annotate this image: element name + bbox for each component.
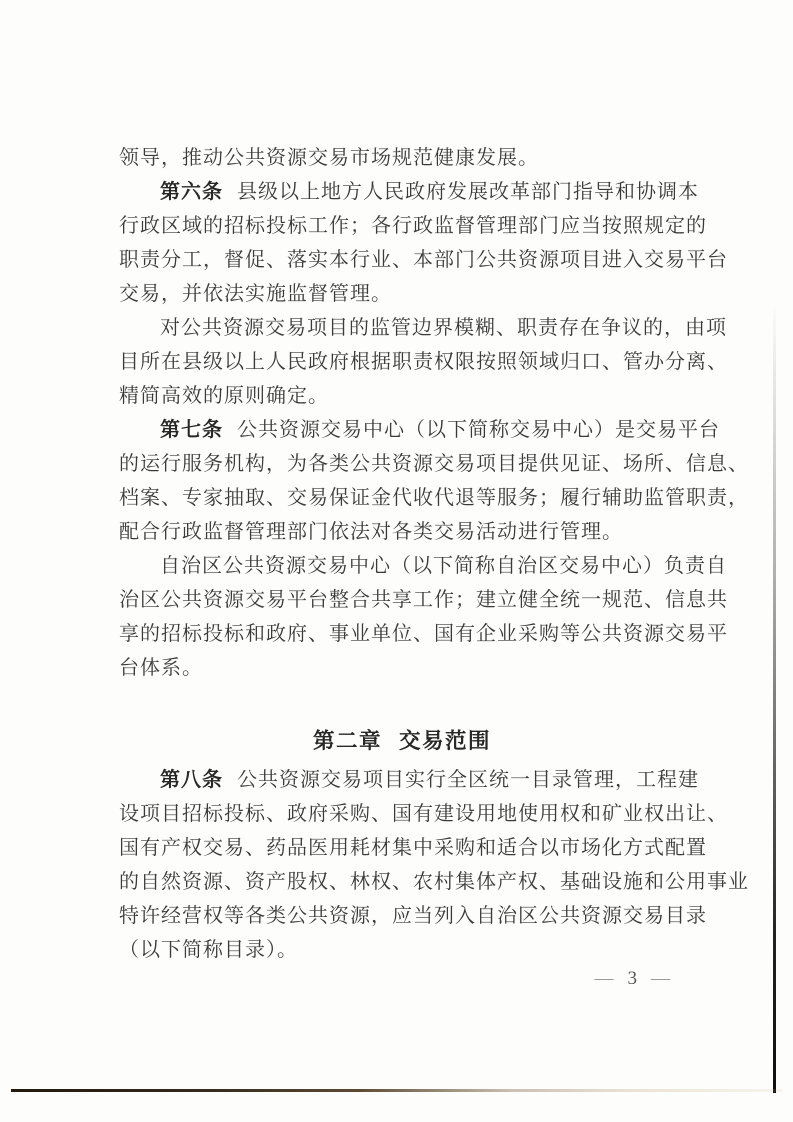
text-line: 交易，并依法实施监督管理。 <box>119 277 685 311</box>
text-line: 精简高效的原则确定。 <box>119 379 685 413</box>
text-line: 档案、专家抽取、交易保证金代收代退等服务；履行辅助监管职责， <box>119 481 685 515</box>
scan-artifact-right-edge <box>773 300 776 1093</box>
text-line: 享的招标投标和政府、事业单位、国有企业采购等公共资源交易平 <box>119 617 685 651</box>
text-line: 职责分工，督促、落实本行业、本部门公共资源项目进入交易平台 <box>119 243 685 277</box>
chapter-number: 第二章 <box>313 729 382 753</box>
scan-artifact-bottom-edge <box>11 1089 783 1092</box>
text-line: 对公共资源交易项目的监管边界模糊、职责存在争议的，由项 <box>119 311 685 345</box>
text-line: 的运行服务机构，为各类公共资源交易项目提供见证、场所、信息、 <box>119 447 685 481</box>
text-line: 特许经营权等各类公共资源，应当列入自治区公共资源交易目录 <box>119 899 685 933</box>
page-number: —3— <box>595 966 671 992</box>
text-line: 配合行政监督管理部门依法对各类交易活动进行管理。 <box>119 515 685 549</box>
text-line: （以下简称目录）。 <box>119 933 685 967</box>
text-line: 国有产权交易、药品医用耗材集中采购和适合以市场化方式配置 <box>119 831 685 865</box>
page-number-dash-right: — <box>651 968 670 989</box>
article-paragraph-start: 第七条公共资源交易中心（以下简称交易中心）是交易平台 <box>119 413 685 447</box>
scanned-document-page: 领导，推动公共资源交易市场规范健康发展。 第六条县级以上地方人民政府发展改革部门… <box>0 0 793 1122</box>
article-number-label: 第八条 <box>160 769 223 791</box>
chapter-heading: 第二章交易范围 <box>119 721 685 761</box>
text-line: 自治区公共资源交易中心（以下简称自治区交易中心）负责自 <box>119 549 685 583</box>
chapter-title: 交易范围 <box>399 729 491 753</box>
page-number-dash-left: — <box>595 968 614 989</box>
text-line: 行政区域的招标投标工作；各行政监督管理部门应当按照规定的 <box>119 209 685 243</box>
text-line: 的自然资源、资产股权、林权、农村集体产权、基础设施和公用事业 <box>119 865 685 899</box>
text-line: 台体系。 <box>119 651 685 685</box>
article-number-label: 第七条 <box>160 419 223 441</box>
page-number-value: 3 <box>628 968 638 989</box>
text-line: 公共资源交易中心（以下简称交易中心）是交易平台 <box>237 419 720 441</box>
article-paragraph-start: 第八条公共资源交易项目实行全区统一目录管理，工程建 <box>119 763 685 797</box>
text-line: 县级以上地方人民政府发展改革部门指导和协调本 <box>237 181 699 203</box>
document-body: 领导，推动公共资源交易市场规范健康发展。 第六条县级以上地方人民政府发展改革部门… <box>119 141 685 967</box>
text-line: 领导，推动公共资源交易市场规范健康发展。 <box>119 141 685 175</box>
text-line: 目所在县级以上人民政府根据职责权限按照领域归口、管办分离、 <box>119 345 685 379</box>
text-line: 治区公共资源交易平台整合共享工作；建立健全统一规范、信息共 <box>119 583 685 617</box>
article-number-label: 第六条 <box>160 181 223 203</box>
text-line: 设项目招标投标、政府采购、国有建设用地使用权和矿业权出让、 <box>119 797 685 831</box>
article-paragraph-start: 第六条县级以上地方人民政府发展改革部门指导和协调本 <box>119 175 685 209</box>
text-line: 公共资源交易项目实行全区统一目录管理，工程建 <box>237 769 699 791</box>
